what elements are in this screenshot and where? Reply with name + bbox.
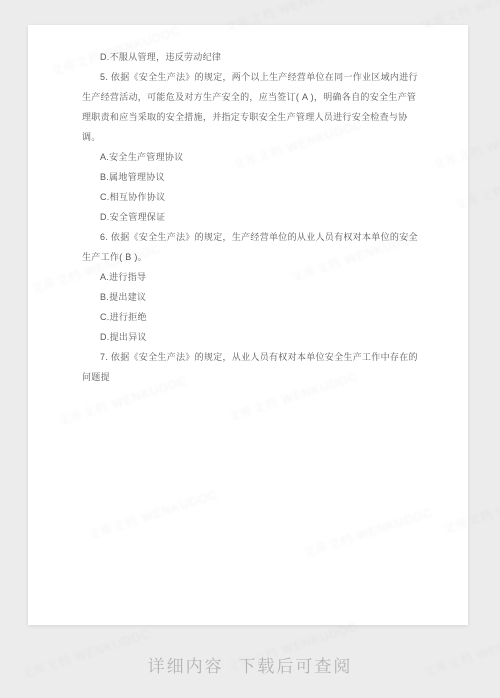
question-text: 6. 依据《安全生产法》的规定，生产经营单位的从业人员有权对本单位的安全生产工作… [82,227,422,267]
option-text: C.进行拒绝 [82,307,422,327]
option-text: C.相互协作协议 [82,187,422,207]
question-text: 5. 依据《安全生产法》的规定，两个以上生产经营单位在同一作业区域内进行生产经营… [82,67,422,147]
option-text: A.安全生产管理协议 [82,147,422,167]
question-text: 7. 依据《安全生产法》的规定，从业人员有权对本单位安全生产工作中存在的问题提 [82,347,422,387]
option-text: B.属地管理协议 [82,167,422,187]
option-text: A.进行指导 [82,267,422,287]
preview-stage: D.不服从管理，违反劳动纪律5. 依据《安全生产法》的规定，两个以上生产经营单位… [0,0,500,698]
option-text: D.不服从管理，违反劳动纪律 [82,47,422,67]
option-text: D.提出异议 [82,327,422,347]
download-hint-text: 详细内容 下载后可查阅 [0,652,500,677]
option-text: D.安全管理保证 [82,207,422,227]
option-text: B.提出建议 [82,287,422,307]
document-page: D.不服从管理，违反劳动纪律5. 依据《安全生产法》的规定，两个以上生产经营单位… [28,25,468,625]
document-content: D.不服从管理，违反劳动纪律5. 依据《安全生产法》的规定，两个以上生产经营单位… [28,25,468,387]
